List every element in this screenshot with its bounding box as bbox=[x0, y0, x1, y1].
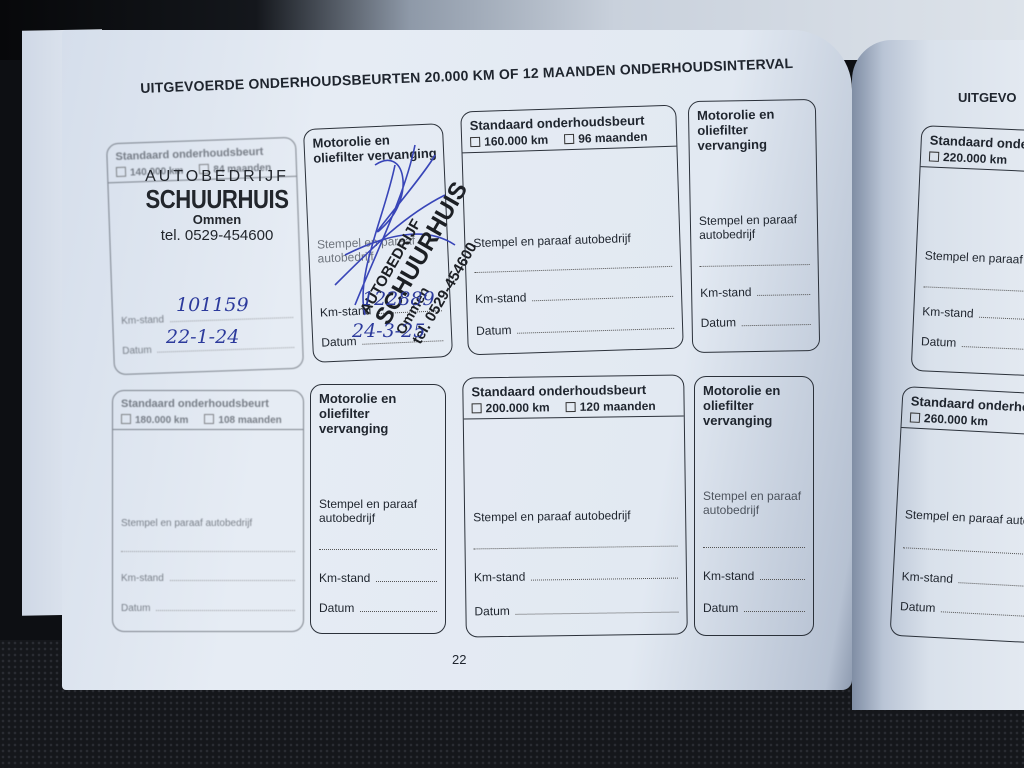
signature-line[interactable] bbox=[474, 266, 672, 273]
km-field[interactable]: Km-stand bbox=[700, 284, 810, 300]
km-checkbox[interactable]: 160.000 km bbox=[470, 133, 548, 149]
months-checkbox[interactable]: 108 maanden bbox=[204, 414, 281, 426]
stempel-label: Stempel en paraafautobedrijf bbox=[703, 489, 801, 517]
months-checkbox[interactable]: 96 maanden bbox=[564, 130, 648, 147]
service-card-200000: Standaard onderhoudsbeurt 200.000 km 120… bbox=[462, 374, 688, 637]
stempel-label: Stempel en paraafautobedrijf bbox=[699, 212, 798, 242]
signature-line[interactable] bbox=[703, 547, 805, 548]
km-field[interactable]: Km-stand bbox=[901, 569, 1024, 590]
oil-card-bottom-1: Motorolie enoliefilter vervanging Stempe… bbox=[310, 384, 446, 634]
signature-line[interactable] bbox=[700, 264, 810, 267]
km-field[interactable]: Km-stand bbox=[121, 573, 295, 584]
km-field[interactable]: Km-stand bbox=[922, 304, 1024, 323]
date-field[interactable]: Datum bbox=[474, 602, 678, 619]
km-checkbox[interactable]: 260.000 km bbox=[910, 410, 989, 428]
km-field[interactable]: Km-stand bbox=[319, 571, 437, 585]
stempel-label: Stempel en paraaf autobedrijf bbox=[905, 507, 1024, 529]
stempel-label: Stempel en paraafautobedrijf bbox=[319, 497, 417, 525]
stempel-label: Stempel en paraaf autobedrijf bbox=[924, 248, 1024, 269]
signature-line[interactable] bbox=[903, 547, 1024, 555]
date-field[interactable]: Datum bbox=[121, 603, 295, 614]
km-field[interactable]: Km-stand bbox=[475, 286, 673, 306]
km-field[interactable]: Km-stand bbox=[703, 569, 805, 583]
km-checkbox[interactable]: 180.000 km bbox=[121, 414, 188, 426]
date-field[interactable]: Datum bbox=[921, 334, 1024, 353]
stempel-label: Stempel en paraaf autobedrijf bbox=[473, 508, 631, 524]
date-field[interactable]: Datum bbox=[319, 601, 437, 615]
date-field[interactable]: Datum bbox=[476, 318, 674, 338]
service-card-180000: Standaard onderhoudsbeurt 180.000 km 108… bbox=[112, 390, 304, 632]
stempel-label: Stempel en paraaf autobedrijf bbox=[121, 517, 252, 531]
signature-line[interactable] bbox=[923, 286, 1024, 292]
km-checkbox[interactable]: 200.000 km bbox=[472, 400, 550, 415]
date-field[interactable]: Datum bbox=[900, 599, 1024, 620]
oil-card-top-2: Motorolie enoliefilter vervanging Stempe… bbox=[688, 99, 820, 353]
service-card-220000: Standaard onderhoudsbeurt 220.000 km Ste… bbox=[911, 125, 1024, 377]
handwritten-km: 101159 bbox=[176, 294, 249, 316]
service-card-260000: Standaard onderhoudsbeurt 260.000 km Ste… bbox=[890, 386, 1024, 644]
signature-line[interactable] bbox=[319, 549, 437, 550]
date-field[interactable]: Datum bbox=[703, 601, 805, 615]
km-field[interactable]: Km-stand bbox=[474, 568, 678, 585]
dealer-stamp: AUTOBEDRIJF SCHUURHUIS Ommen tel. 0529-4… bbox=[132, 168, 302, 244]
date-field[interactable]: Datum bbox=[701, 314, 811, 330]
km-checkbox[interactable]: 220.000 km bbox=[929, 149, 1008, 166]
handwritten-km: 122889 bbox=[362, 288, 435, 310]
right-page-title: UITGEVO bbox=[958, 90, 1017, 105]
stempel-label: Stempel en paraaf autobedrijf bbox=[473, 231, 631, 250]
signature-line[interactable] bbox=[121, 551, 295, 552]
signature-line[interactable] bbox=[474, 546, 678, 550]
page-number: 22 bbox=[452, 652, 466, 667]
handwritten-date: 22-1-24 bbox=[166, 326, 239, 348]
handwritten-date: 24-3-25 bbox=[352, 320, 425, 342]
months-checkbox[interactable]: 120 maanden bbox=[566, 399, 656, 414]
service-card-160000: Standaard onderhoudsbeurt 160.000 km 96 … bbox=[460, 105, 684, 356]
oil-card-bottom-2: Motorolie enoliefilter vervanging Stempe… bbox=[694, 376, 814, 636]
